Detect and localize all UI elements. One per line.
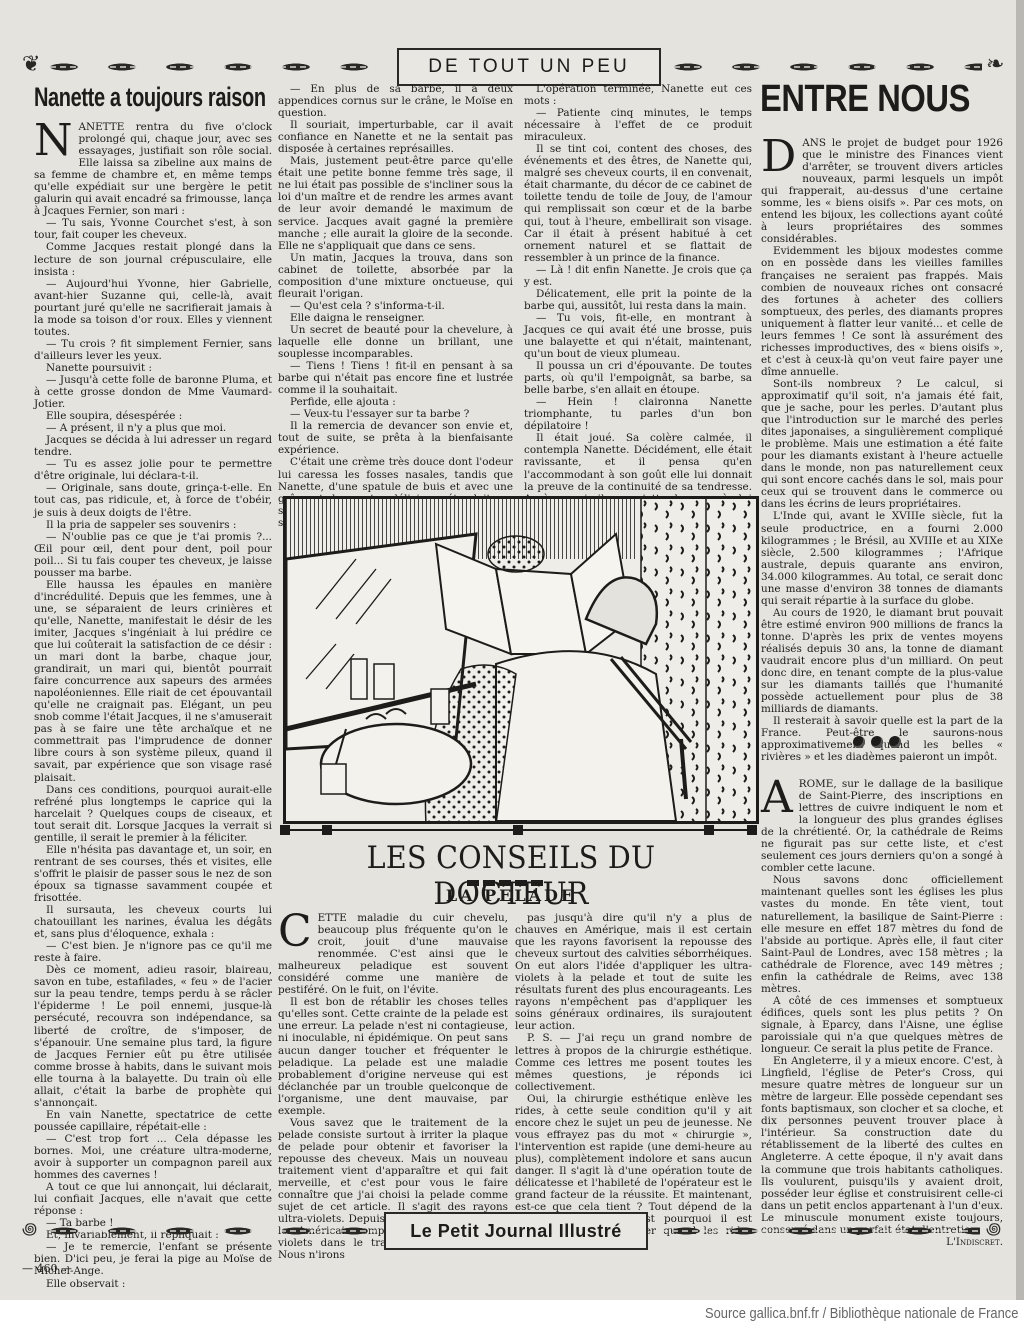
dot-icon: [853, 736, 865, 748]
paragraph: Il sursauta, les cheveux courts lui chat…: [34, 904, 272, 940]
drop-cap: C: [278, 914, 312, 950]
paragraph: Mais, justement peut-être parce qu'elle …: [278, 155, 513, 251]
spiral-left-icon: ꩜: [22, 1216, 36, 1242]
paragraph: NANETTE rentra du five o'clock prolongé …: [34, 121, 272, 217]
paragraph: Il est bon de rétablir les choses telles…: [278, 996, 508, 1116]
paragraph: — Tu sais, Yvonne Courchet s'est, à son …: [34, 217, 272, 241]
paragraph: A côté de ces immenses et somptueux édif…: [761, 995, 1003, 1055]
paragraph: CETTE maladie du cuir chevelu, beaucoup …: [278, 912, 508, 996]
paragraph: — Hein ! claironna Nanette triomphante, …: [524, 396, 752, 432]
fleuron-right-icon: ❧: [986, 52, 1000, 78]
paragraph: — Aujourd'hui Yvonne, hier Gabrielle, av…: [34, 278, 272, 338]
paragraph: AROME, sur le dallage de la basilique de…: [761, 778, 1003, 874]
nanette-column-3: L'opération terminée, Nanette eut ces mo…: [524, 83, 752, 541]
paragraph: Comme Jacques restait plongé dans la lec…: [34, 241, 272, 277]
entre-nous-part-1: DANS le projet de budget pour 1926 que l…: [761, 137, 1003, 763]
article-title-nanette: Nanette a toujours raison: [34, 82, 210, 113]
article-title-entre-nous: ENTRE NOUS: [760, 78, 966, 121]
chain-ornament-left: [40, 1225, 380, 1237]
paragraph: En vain Nanette, spectatrice de cette po…: [34, 1109, 272, 1133]
chain-ornament-right: [664, 61, 982, 73]
paragraph: — Originale, sans doute, grinça-t-elle. …: [34, 482, 272, 518]
page-number: — 460 —: [22, 1262, 72, 1275]
paragraph: — Jusqu'à cette folle de baronne Pluma, …: [34, 374, 272, 410]
paragraph: Dès ce moment, adieu rasoir, blaireau, s…: [34, 964, 272, 1109]
nanette-column-2: — En plus de sa barbe, il a deux appendi…: [278, 83, 513, 529]
footer-ornament-band: ꩜ Le Petit Journal Illustré ꩜: [22, 1212, 1002, 1248]
publication-title: Le Petit Journal Illustré: [384, 1212, 648, 1250]
paragraph: Elle soupira, désespérée :: [34, 410, 272, 422]
paragraph: pas jusqu'à dire qu'il n'y a plus de cha…: [515, 912, 752, 1032]
drop-cap: N: [34, 123, 73, 159]
paragraph: Evidemment les bijoux modestes comme on …: [761, 245, 1003, 378]
paragraph: Dans ces conditions, pourquoi aurait-ell…: [34, 784, 272, 844]
paragraph: — C'est trop fort ... Cela dépasse les b…: [34, 1133, 272, 1181]
paragraph: — En plus de sa barbe, il a deux appendi…: [278, 83, 513, 119]
paragraph: Délicatement, elle prit la pointe de la …: [524, 288, 752, 312]
drop-cap: A: [761, 780, 793, 816]
fleuron-left-icon: ❦: [22, 52, 36, 78]
paragraph: Elle daigna le renseigner.: [278, 312, 513, 324]
conseils-column-2: pas jusqu'à dire qu'il n'y a plus de cha…: [515, 912, 752, 1249]
entre-nous-part-2: AROME, sur le dallage de la basilique de…: [761, 778, 1003, 1248]
article-subtitle-pelade: LA PELADE: [272, 886, 750, 905]
paragraph: — N'oublie pas ce que je t'ai promis ?..…: [34, 531, 272, 579]
paragraph: Il la pria de sappeler ses souvenirs :: [34, 519, 272, 531]
paragraph: — Veux-tu l'essayer sur ta barbe ?: [278, 408, 513, 420]
paragraph: Un secret de beauté pour la chevelure, à…: [278, 324, 513, 360]
paragraph: — Qu'est cela ? s'informa-t-il.: [278, 300, 513, 312]
paragraph: — Là ! dit enfin Nanette. Je crois que ç…: [524, 264, 752, 288]
nanette-column-1: NANETTE rentra du five o'clock prolongé …: [34, 121, 272, 1290]
paragraph: DANS le projet de budget pour 1926 que l…: [761, 137, 1003, 245]
dot-icon: [889, 736, 901, 748]
paragraph: En Angleterre, il y a mieux encore. C'es…: [761, 1055, 1003, 1236]
dot-icon: [871, 736, 883, 748]
paragraph: — C'est bien. Je n'ignore pas ce qu'il m…: [34, 940, 272, 964]
paragraph: Sont-ils nombreux ? Le calcul, si approx…: [761, 378, 1003, 511]
source-credit-bar: Source gallica.bnf.fr / Bibliothèque nat…: [0, 1300, 1024, 1331]
paragraph: — Tu crois ? fit simplement Fernier, san…: [34, 338, 272, 362]
paragraph: — Tu es assez jolie pour te permettre d'…: [34, 458, 272, 482]
paragraph: Un matin, Jacques la trouva, dans son ca…: [278, 252, 513, 300]
paragraph: Il se tint coi, content des choses, des …: [524, 143, 752, 263]
paragraph: — Tu vois, fit-elle, en montrant à Jacqu…: [524, 312, 752, 360]
paragraph: Elle haussa les épaules en manière d'inc…: [34, 579, 272, 784]
paragraph: Il poussa un cri d'épouvante. De toutes …: [524, 360, 752, 396]
three-dots-separator: [853, 736, 901, 748]
section-title: DE TOUT UN PEU: [397, 48, 661, 86]
paragraph: Elle n'hésita pas davantage et, un soir,…: [34, 844, 272, 904]
paragraph: Il souriait, imperturbable, car il avait…: [278, 119, 513, 155]
paragraph: P. S. — J'ai reçu un grand nombre de let…: [515, 1032, 752, 1092]
spiral-right-icon: ꩜: [986, 1216, 1000, 1242]
paragraph: Nous savons donc officiellement maintena…: [761, 874, 1003, 994]
paragraph: — Patiente cinq minutes, le temps nécess…: [524, 107, 752, 143]
paragraph: — Tiens ! Tiens ! fit-il en pensant à sa…: [278, 360, 513, 396]
paragraph: Nanette poursuivit :: [34, 362, 272, 374]
paragraph: Il la remercia de devancer son envie et,…: [278, 420, 513, 456]
paragraph: L'opération terminée, Nanette eut ces mo…: [524, 83, 752, 107]
drop-cap: D: [761, 139, 796, 175]
paragraph: Jacques se décida à lui adresser un rega…: [34, 434, 272, 458]
newspaper-page: ❦ DE TOUT UN PEU ❧ Nanette a toujours ra…: [0, 0, 1024, 1300]
paragraph: Elle observait :: [34, 1278, 272, 1290]
paragraph: Au cours de 1920, le diamant brut pouvai…: [761, 607, 1003, 715]
paragraph: — A présent, il n'y a plus que moi.: [34, 422, 272, 434]
chain-ornament-left: [40, 61, 392, 73]
illustration-rule-ornament: [280, 825, 757, 835]
illustration-drawing-icon: [286, 499, 756, 821]
chain-ornament-right: [662, 1225, 980, 1237]
paragraph: L'Inde qui, avant le XVIIIe siècle, fut …: [761, 510, 1003, 606]
paragraph: Perfide, elle ajouta :: [278, 396, 513, 408]
illustration-barber-mirror: [283, 496, 759, 824]
source-credit[interactable]: Source gallica.bnf.fr / Bibliothèque nat…: [705, 1305, 1018, 1322]
conseils-column-1: CETTE maladie du cuir chevelu, beaucoup …: [278, 912, 508, 1261]
